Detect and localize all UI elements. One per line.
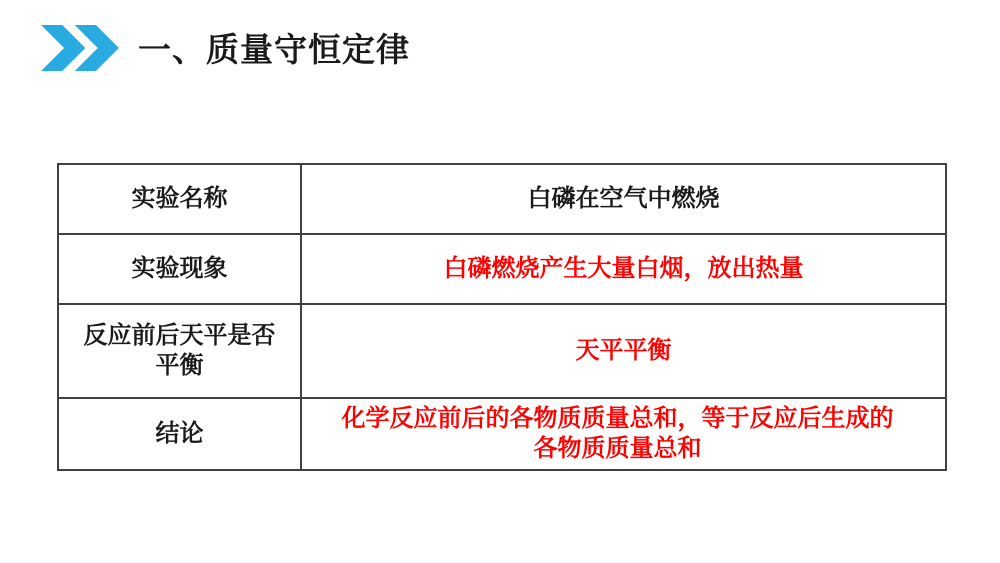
slide-page: { "colors": { "accent_blue": "#29ABE2", …: [0, 0, 1000, 563]
row-label-cell: 反应前后天平是否 平衡: [58, 304, 301, 398]
double-chevron-icon: [38, 25, 122, 71]
row-value-cell: 白磷燃烧产生大量白烟，放出热量: [301, 234, 946, 304]
row-value-cell: 天平平衡: [301, 304, 946, 398]
page-title: 一、质量守恒定律: [138, 24, 410, 71]
row-value-cell: 白磷在空气中燃烧: [301, 164, 946, 234]
experiment-table: 实验名称 白磷在空气中燃烧 实验现象 白磷燃烧产生大量白烟，放出热量 反应前后天…: [57, 163, 947, 471]
row-label-cell: 结论: [58, 398, 301, 470]
table-row: 实验现象 白磷燃烧产生大量白烟，放出热量: [58, 234, 946, 304]
row-label-cell: 实验名称: [58, 164, 301, 234]
table-row: 反应前后天平是否 平衡 天平平衡: [58, 304, 946, 398]
row-value-cell: 化学反应前后的各物质质量总和，等于反应后生成的 各物质质量总和: [301, 398, 946, 470]
slide-header: 一、质量守恒定律: [38, 24, 410, 71]
table-row: 结论 化学反应前后的各物质质量总和，等于反应后生成的 各物质质量总和: [58, 398, 946, 470]
row-label-cell: 实验现象: [58, 234, 301, 304]
table-row: 实验名称 白磷在空气中燃烧: [58, 164, 946, 234]
